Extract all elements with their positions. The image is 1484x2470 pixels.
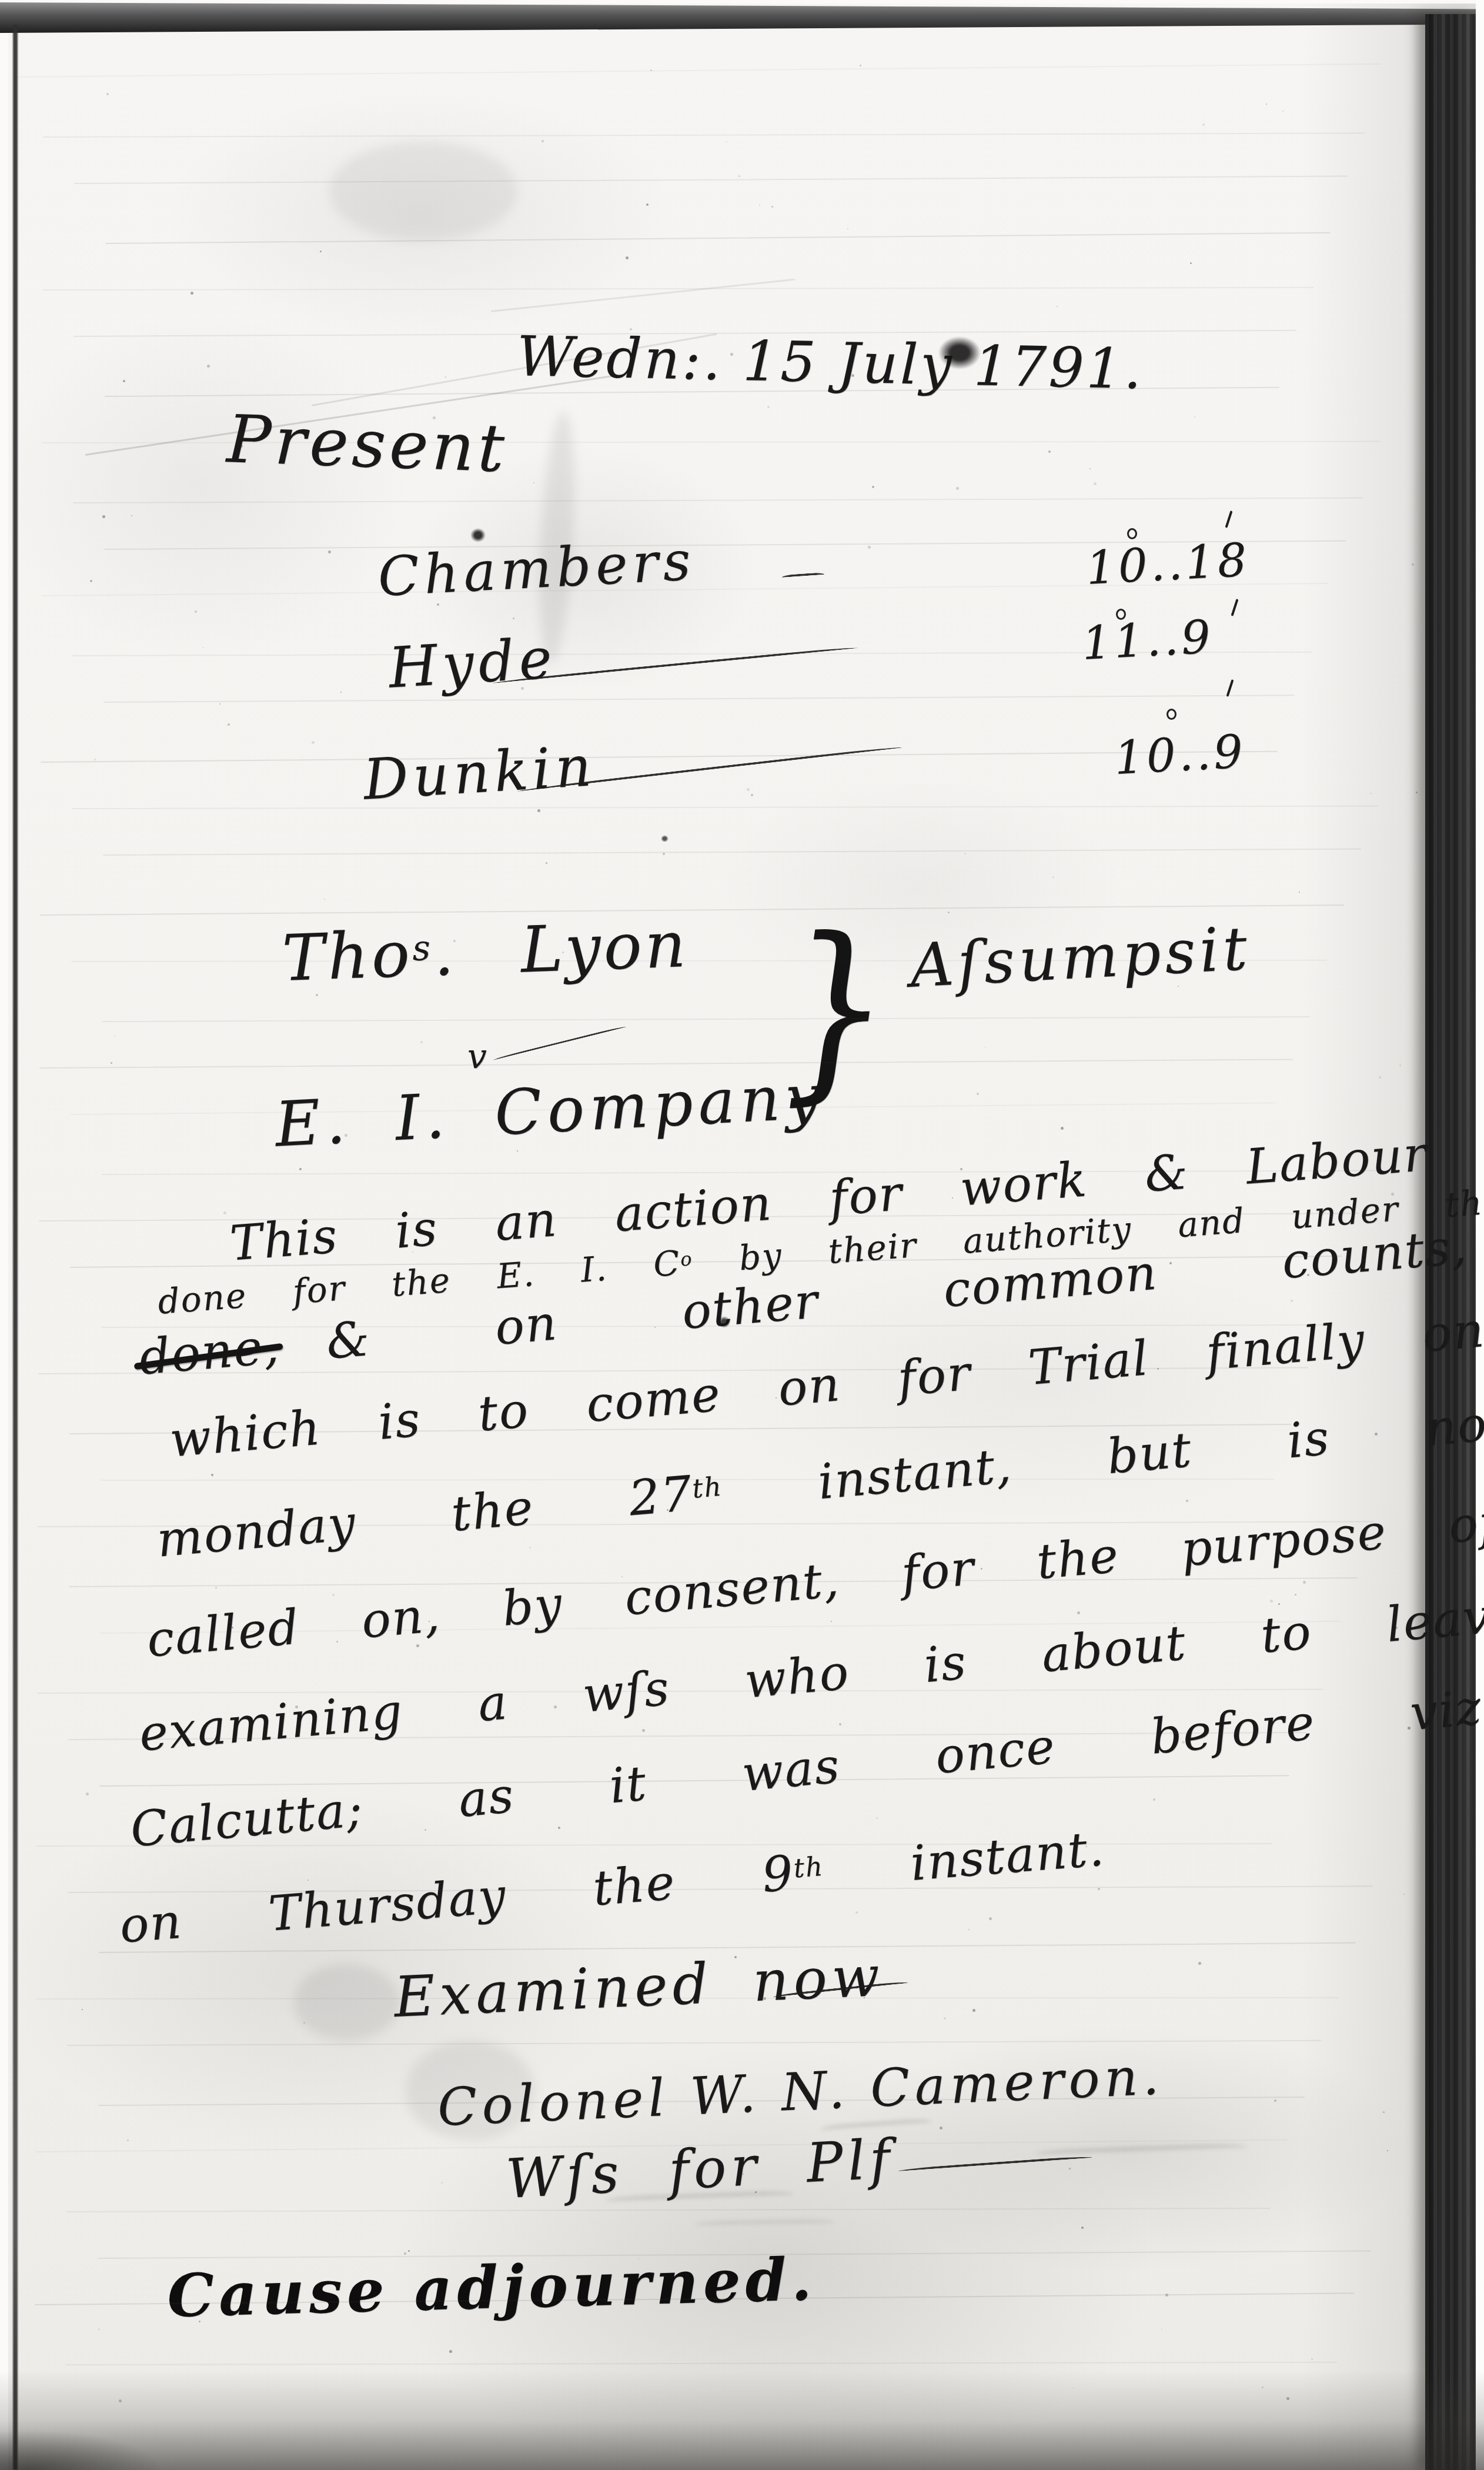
paper-speck [542,140,544,142]
paper-speck [328,550,331,553]
paper-speck [940,2127,942,2129]
paper-speck [1270,1600,1273,1603]
paper-speck [1303,1581,1306,1584]
paper-speck [211,1474,213,1476]
paper-speck [738,175,740,177]
versus-label: v [467,1036,488,1076]
paper-speck [554,1705,557,1708]
paper-speck [513,617,514,619]
paper-speck [425,1829,426,1831]
paper-speck [956,487,959,490]
ink-smudge [294,1964,400,2041]
paper-speck [1291,1300,1293,1302]
paper-speck [223,1211,226,1214]
paper-speck [232,1627,233,1628]
paper-speck [420,1041,423,1043]
paper-speck [617,1900,619,1901]
paper-speck [638,2258,639,2259]
paper-speck [1178,986,1179,987]
paper-speck [98,2329,99,2330]
paper-speck [726,141,727,142]
paper-speck [345,1134,347,1137]
paper-speck [1366,1544,1368,1546]
paper-speck [1399,1064,1401,1066]
paper-speck [558,1827,560,1829]
paper-speck [316,994,318,996]
paper-speck [831,1621,832,1622]
paper-speck [529,1547,531,1548]
paper-speck [295,1705,298,1708]
left-scan-edge [13,25,18,2470]
ink-blot [938,336,981,369]
paper-speck [948,912,950,913]
paper-speck [437,603,439,606]
paper-speck [320,251,322,252]
manuscript-page-scan: Wedn:. 15 July 1791. Present Chambers 10… [0,0,1484,2470]
paper-speck [94,759,96,760]
paper-speck [1383,2111,1385,2113]
paper-speck [1190,262,1192,264]
paper-speck [751,794,753,796]
paper-speck [517,1150,518,1151]
paper-speck [1408,1727,1411,1730]
paper-speck [1295,1594,1296,1596]
paper-speck [1387,2150,1388,2151]
paper-speck [964,853,966,855]
paper-speck [872,486,874,488]
paper-speck [1262,2386,1264,2388]
paper-speck [324,899,325,900]
paper-speck [404,2252,406,2255]
paper-speck [82,2009,83,2010]
paper-speck [299,1168,302,1170]
paper-speck [219,703,220,705]
paper-speck [303,2022,305,2024]
paper-speck [1089,468,1091,469]
paper-speck [1282,111,1284,112]
paper-speck [1412,563,1414,566]
paper-speck [776,1397,777,1398]
paper-speck [550,588,551,589]
corner-shadow [0,2399,294,2470]
ink-blot [661,835,669,842]
paper-speck [453,940,456,942]
paper-speck [203,647,204,648]
paper-speck [972,2009,975,2012]
paper-speck [851,374,854,377]
paper-speck [1157,1368,1159,1370]
paper-speck [1174,1622,1175,1624]
paper-speck [340,692,342,693]
paper-speck [308,1880,309,1881]
paper-speck [433,416,436,419]
paper-speck [1161,2329,1162,2330]
paper-speck [1182,1741,1185,1744]
paper-speck [429,1621,430,1622]
superscript: o [680,1247,694,1270]
paper-speck [743,2174,744,2175]
paper-speck [1069,2168,1071,2169]
paper-speck [562,952,564,953]
paper-speck [449,2350,452,2353]
paper-speck [131,515,132,516]
paper-speck [127,2139,129,2141]
paper-speck [771,206,773,208]
paper-speck [1202,123,1205,126]
paper-speck [968,1929,970,1930]
paper-speck [880,2152,881,2154]
paper-speck [1085,1845,1087,1847]
paper-speck [1098,1888,1100,1890]
paper-speck [626,256,629,259]
paper-speck [1065,952,1067,954]
paper-speck [195,610,197,613]
paper-speck [1165,2294,1168,2297]
paper-speck [1379,1076,1381,1079]
paper-speck [441,2182,443,2184]
paper-speck [190,292,193,295]
paper-speck [537,809,540,812]
paper-speck [985,1047,986,1048]
plaintiff-post: . Lyon [432,908,690,990]
paper-speck [730,353,733,356]
paper-speck [1153,1798,1155,1801]
paper-speck [876,1817,878,1819]
paper-speck [759,205,760,206]
paper-speck [207,365,210,368]
paper-speck [546,862,547,864]
paper-speck [215,1587,217,1588]
paper-speck [86,1793,89,1795]
paper-speck [521,687,524,690]
paper-speck [115,1035,116,1036]
paper-speck [1395,1627,1398,1629]
paper-speck [860,65,861,66]
paper-speck [1311,2358,1313,2360]
degree-mark [1127,528,1137,539]
paper-speck [1061,1127,1064,1130]
paper-speck [236,1534,237,1535]
right-scan-margin [1476,0,1484,2470]
paper-speck [767,406,770,408]
paper-speck [621,1576,623,1577]
paper-speck [90,580,92,582]
paper-speck [667,1509,669,1511]
paper-speck [755,2191,757,2193]
plaintiff-pre: Tho [281,917,414,996]
paper-speck [952,1197,953,1199]
paper-speck [1094,482,1097,485]
paper-speck [1081,2227,1084,2229]
paper-speck [1266,104,1267,105]
paper-speck [642,1729,645,1732]
paper-speck [1403,1894,1405,1895]
paper-speck [847,228,848,229]
superscript: th [691,1471,724,1504]
paper-speck [1274,2099,1276,2102]
paper-speck [868,546,871,549]
paper-speck [1371,793,1372,794]
paper-speck [123,380,125,382]
paper-speck [119,2399,122,2402]
paper-speck [650,69,652,71]
superscript: th [793,1851,825,1884]
plaintiff-name: Thos. Lyon [281,908,690,996]
paper-speck [111,1062,112,1064]
paper-speck [747,788,750,791]
paper-speck [1077,1611,1080,1614]
paper-speck [1198,1962,1201,1965]
paper-speck [312,741,315,744]
paper-speck [1194,416,1195,418]
paper-speck [199,2321,200,2322]
paper-speck [1299,892,1300,893]
attendance-name: Hyde [387,626,559,701]
paper-speck [839,1723,841,1725]
paper-speck [525,1615,527,1617]
paper-speck [408,2250,410,2252]
paper-speck [1278,1603,1280,1605]
paper-speck [1057,306,1058,307]
paper-speck [26,24,28,25]
paper-speck [960,1168,962,1170]
ink-smudge [329,141,517,241]
paper-speck [634,1791,636,1793]
paper-speck [843,1474,845,1476]
ink-blot [470,528,486,542]
paper-speck [228,723,230,726]
paper-speck [445,376,446,378]
paper-speck [1286,2397,1289,2400]
paper-speck [1073,2388,1074,2389]
paper-speck [106,93,109,95]
paper-speck [663,853,665,855]
paper-speck [1307,1274,1309,1276]
paper-speck [1391,1193,1394,1196]
paper-speck [240,445,243,448]
paper-speck [944,2017,946,2020]
paper-speck [1048,450,1051,453]
paper-speck [1416,792,1418,793]
case-brace: } [777,894,895,1123]
paper-speck [646,203,649,206]
paper-speck [734,1956,737,1958]
degree-mark [1167,709,1176,720]
paper-speck [1186,1500,1188,1502]
paper-speck [416,1644,419,1647]
attendance-time: 11..9 [1081,610,1215,670]
struck-word: done, [137,1319,282,1386]
paper-speck [835,976,838,979]
paper-speck [763,1997,766,2000]
paper-speck [332,1594,335,1596]
paper-speck [981,1568,982,1570]
plaintiff-superscript: s [412,928,434,969]
paper-speck [336,1641,338,1643]
paper-speck [533,482,534,483]
degree-mark [1116,609,1126,620]
paper-speck [855,1911,858,1914]
attendance-time: 10..9 [1113,725,1247,785]
paper-speck [102,515,105,518]
paper-speck [1052,876,1054,878]
paper-speck [630,328,632,331]
paper-speck [1169,1262,1172,1264]
present-label: Present [225,401,509,488]
paper-speck [654,1327,656,1328]
paper-speck [412,1251,413,1253]
paper-speck [659,1588,661,1591]
paper-speck [864,1997,865,1998]
paper-speck [989,1917,992,1920]
paper-speck [1375,1433,1378,1436]
paper-speck [977,1093,979,1095]
